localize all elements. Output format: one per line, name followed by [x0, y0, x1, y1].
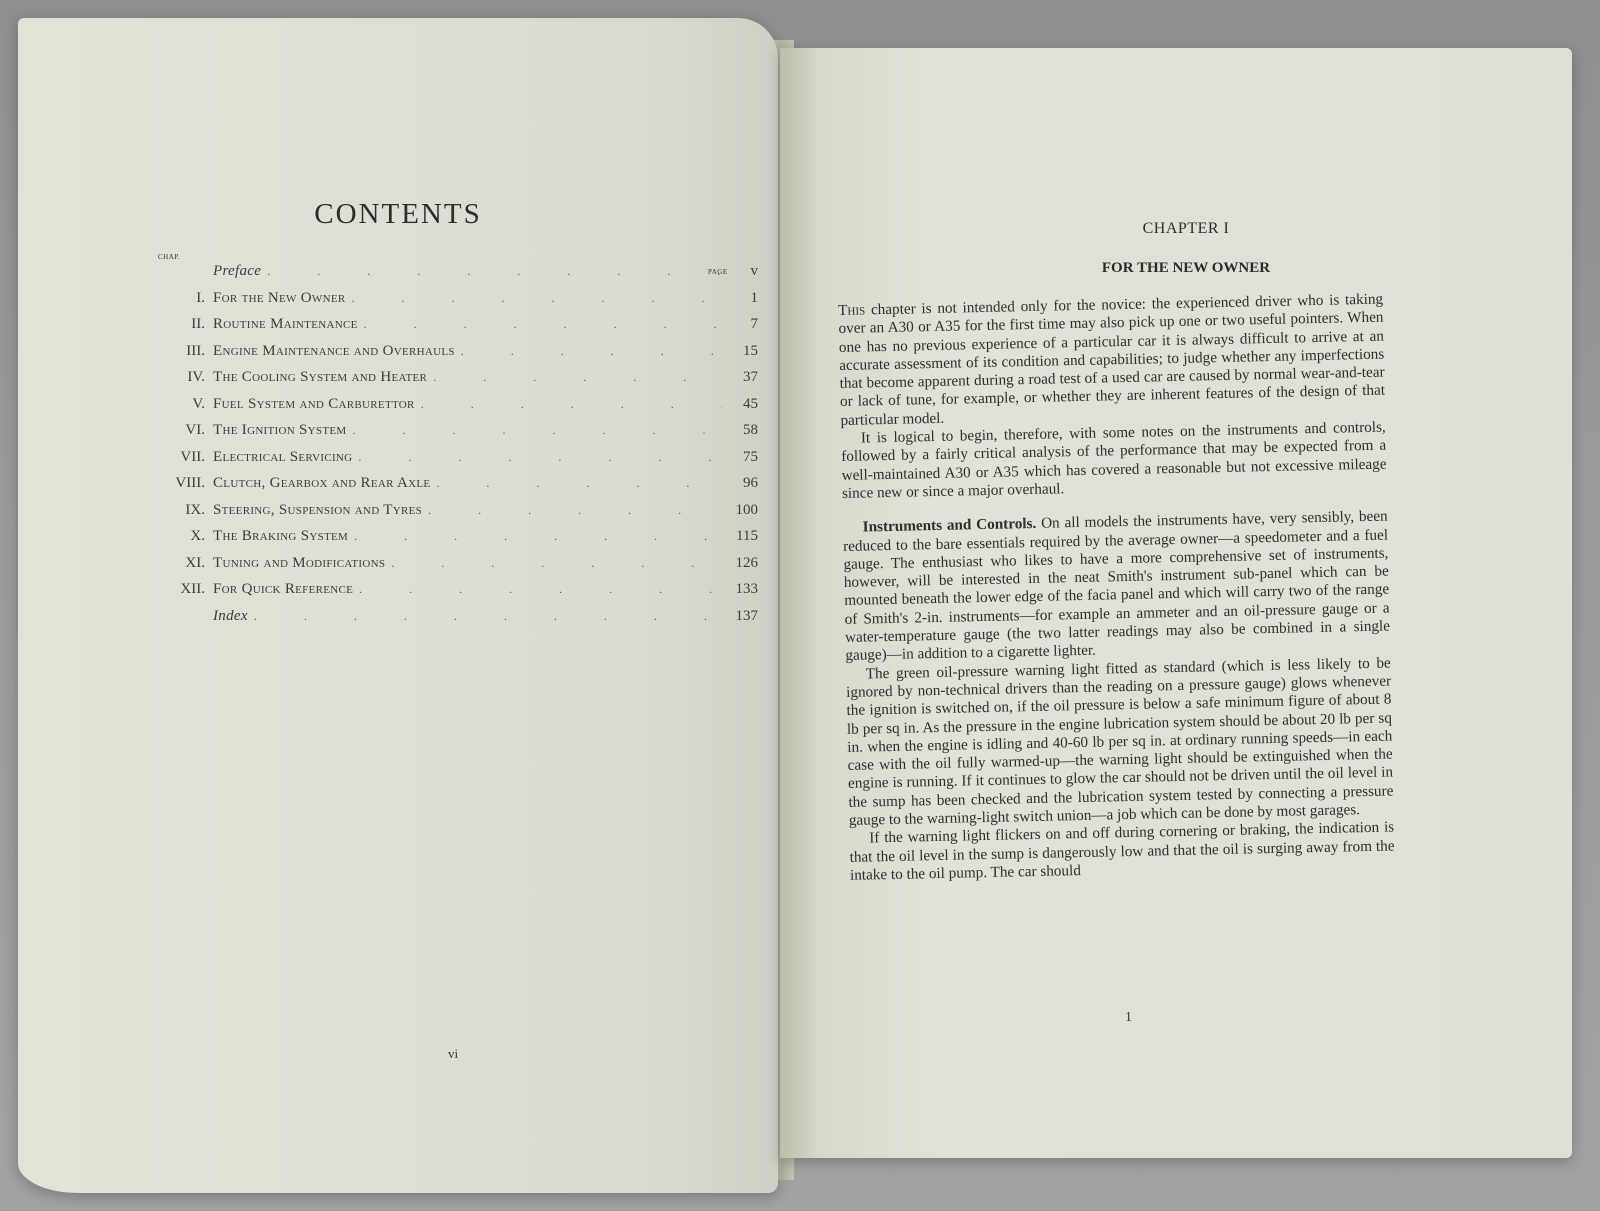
toc-page-number: 15 [722, 343, 758, 360]
table-of-contents: Preface. . . . . . . . . . . . . . . . .… [143, 263, 758, 634]
paragraph-flicker: If the warning light flickers on and off… [849, 819, 1395, 885]
contents-heading: CONTENTS [18, 198, 778, 231]
toc-page-number: 58 [722, 422, 758, 439]
toc-leader-dots: . . . . . . . . . . . . . . . . . [346, 291, 722, 306]
toc-chapter-title: The Ignition System [213, 422, 346, 439]
chapter-number: CHAPTER I [780, 220, 1582, 238]
toc-entry: XI.Tuning and Modifications. . . . . . .… [143, 555, 758, 582]
toc-chapter-number: XII. [143, 581, 213, 598]
toc-leader-dots: . . . . . . . . . . . . . . . . . [455, 344, 722, 359]
toc-page-number: 133 [722, 581, 758, 598]
toc-chapter-number: V. [143, 396, 213, 413]
toc-entry: IX.Steering, Suspension and Tyres. . . .… [143, 502, 758, 529]
toc-page-number: 115 [722, 528, 758, 545]
toc-leader-dots: . . . . . . . . . . . . . . . . . [358, 317, 722, 332]
drop-lead-word: This [838, 301, 865, 319]
toc-page-number: 126 [722, 555, 758, 572]
paragraph-logical: It is logical to begin, therefore, with … [841, 419, 1387, 504]
toc-chapter-title: Routine Maintenance [213, 316, 358, 333]
toc-page-number: 37 [722, 369, 758, 386]
section-heading-instruments: Instruments and Controls. [863, 515, 1037, 536]
toc-chapter-number: XI. [143, 555, 213, 572]
toc-chapter-title: Steering, Suspension and Tyres [213, 502, 422, 519]
toc-leader-dots: . . . . . . . . . . . . . . . . . [348, 529, 722, 544]
toc-entry: II.Routine Maintenance. . . . . . . . . … [143, 316, 758, 343]
toc-leader-dots: . . . . . . . . . . . . . . . . . [385, 556, 722, 571]
toc-leader-dots: . . . . . . . . . . . . . . . . . [261, 264, 722, 279]
toc-chapter-title: The Cooling System and Heater [213, 369, 427, 386]
chapter-body: This chapter is not intended only for th… [838, 291, 1395, 885]
toc-leader-dots: . . . . . . . . . . . . . . . . . [427, 370, 722, 385]
chap-column-label: CHAP. [158, 253, 180, 261]
toc-entry: IV.The Cooling System and Heater. . . . … [143, 369, 758, 396]
toc-page-number: 1 [722, 290, 758, 307]
toc-chapter-title: Clutch, Gearbox and Rear Axle [213, 475, 430, 492]
toc-leader-dots: . . . . . . . . . . . . . . . . . [353, 582, 722, 597]
page-number-right: 1 [1125, 1010, 1132, 1026]
left-page-contents: CONTENTS CHAP. PAGE Preface. . . . . . .… [18, 18, 778, 1193]
toc-entry: III.Engine Maintenance and Overhauls. . … [143, 343, 758, 370]
toc-chapter-number: VI. [143, 422, 213, 439]
toc-page-number: 96 [722, 475, 758, 492]
toc-entry: VII.Electrical Servicing. . . . . . . . … [143, 449, 758, 476]
paragraph-oil-light: The green oil-pressure warning light fit… [846, 654, 1394, 830]
paragraph-intro: This chapter is not intended only for th… [838, 291, 1386, 430]
toc-entry: VI.The Ignition System. . . . . . . . . … [143, 422, 758, 449]
toc-leader-dots: . . . . . . . . . . . . . . . . . [430, 476, 722, 491]
toc-entry: VIII.Clutch, Gearbox and Rear Axle. . . … [143, 475, 758, 502]
toc-leader-dots: . . . . . . . . . . . . . . . . . [352, 450, 722, 465]
toc-chapter-title: Fuel System and Carburettor [213, 396, 415, 413]
toc-chapter-title: For Quick Reference [213, 581, 353, 598]
toc-page-number: 75 [722, 449, 758, 466]
toc-chapter-title: For the New Owner [213, 290, 346, 307]
toc-chapter-number: IV. [143, 369, 213, 386]
toc-page-number: 137 [722, 608, 758, 625]
toc-chapter-number: III. [143, 343, 213, 360]
toc-chapter-number: I. [143, 290, 213, 307]
toc-chapter-number: X. [143, 528, 213, 545]
toc-chapter-title: Tuning and Modifications [213, 555, 385, 572]
toc-chapter-number: VII. [143, 449, 213, 466]
toc-page-number: 7 [722, 316, 758, 333]
toc-chapter-title: Engine Maintenance and Overhauls [213, 343, 455, 360]
paragraph-instruments: Instruments and Controls. On all models … [843, 508, 1391, 666]
toc-leader-dots: . . . . . . . . . . . . . . . . . [415, 397, 722, 412]
toc-page-number: v [722, 263, 758, 280]
chapter-title: FOR THE NEW OWNER [780, 260, 1582, 277]
toc-page-number: 100 [722, 502, 758, 519]
toc-chapter-number: II. [143, 316, 213, 333]
toc-chapter-title: The Braking System [213, 528, 348, 545]
toc-entry: Preface. . . . . . . . . . . . . . . . .… [143, 263, 758, 290]
page-number-left: vi [448, 1046, 458, 1062]
toc-entry: V.Fuel System and Carburettor. . . . . .… [143, 396, 758, 423]
toc-chapter-title: Preface [213, 263, 261, 280]
toc-chapter-title: Electrical Servicing [213, 449, 352, 466]
toc-chapter-number: IX. [143, 502, 213, 519]
toc-leader-dots: . . . . . . . . . . . . . . . . . [248, 609, 722, 624]
toc-entry: XII.For Quick Reference. . . . . . . . .… [143, 581, 758, 608]
toc-chapter-number: VIII. [143, 475, 213, 492]
toc-chapter-title: Index [213, 608, 248, 625]
toc-leader-dots: . . . . . . . . . . . . . . . . . [346, 423, 722, 438]
right-page-chapter: CHAPTER I FOR THE NEW OWNER This chapter… [780, 48, 1572, 1158]
toc-entry: Index. . . . . . . . . . . . . . . . .13… [143, 608, 758, 635]
toc-leader-dots: . . . . . . . . . . . . . . . . . [422, 503, 722, 518]
toc-entry: X.The Braking System. . . . . . . . . . … [143, 528, 758, 555]
toc-page-number: 45 [722, 396, 758, 413]
toc-entry: I.For the New Owner. . . . . . . . . . .… [143, 290, 758, 317]
